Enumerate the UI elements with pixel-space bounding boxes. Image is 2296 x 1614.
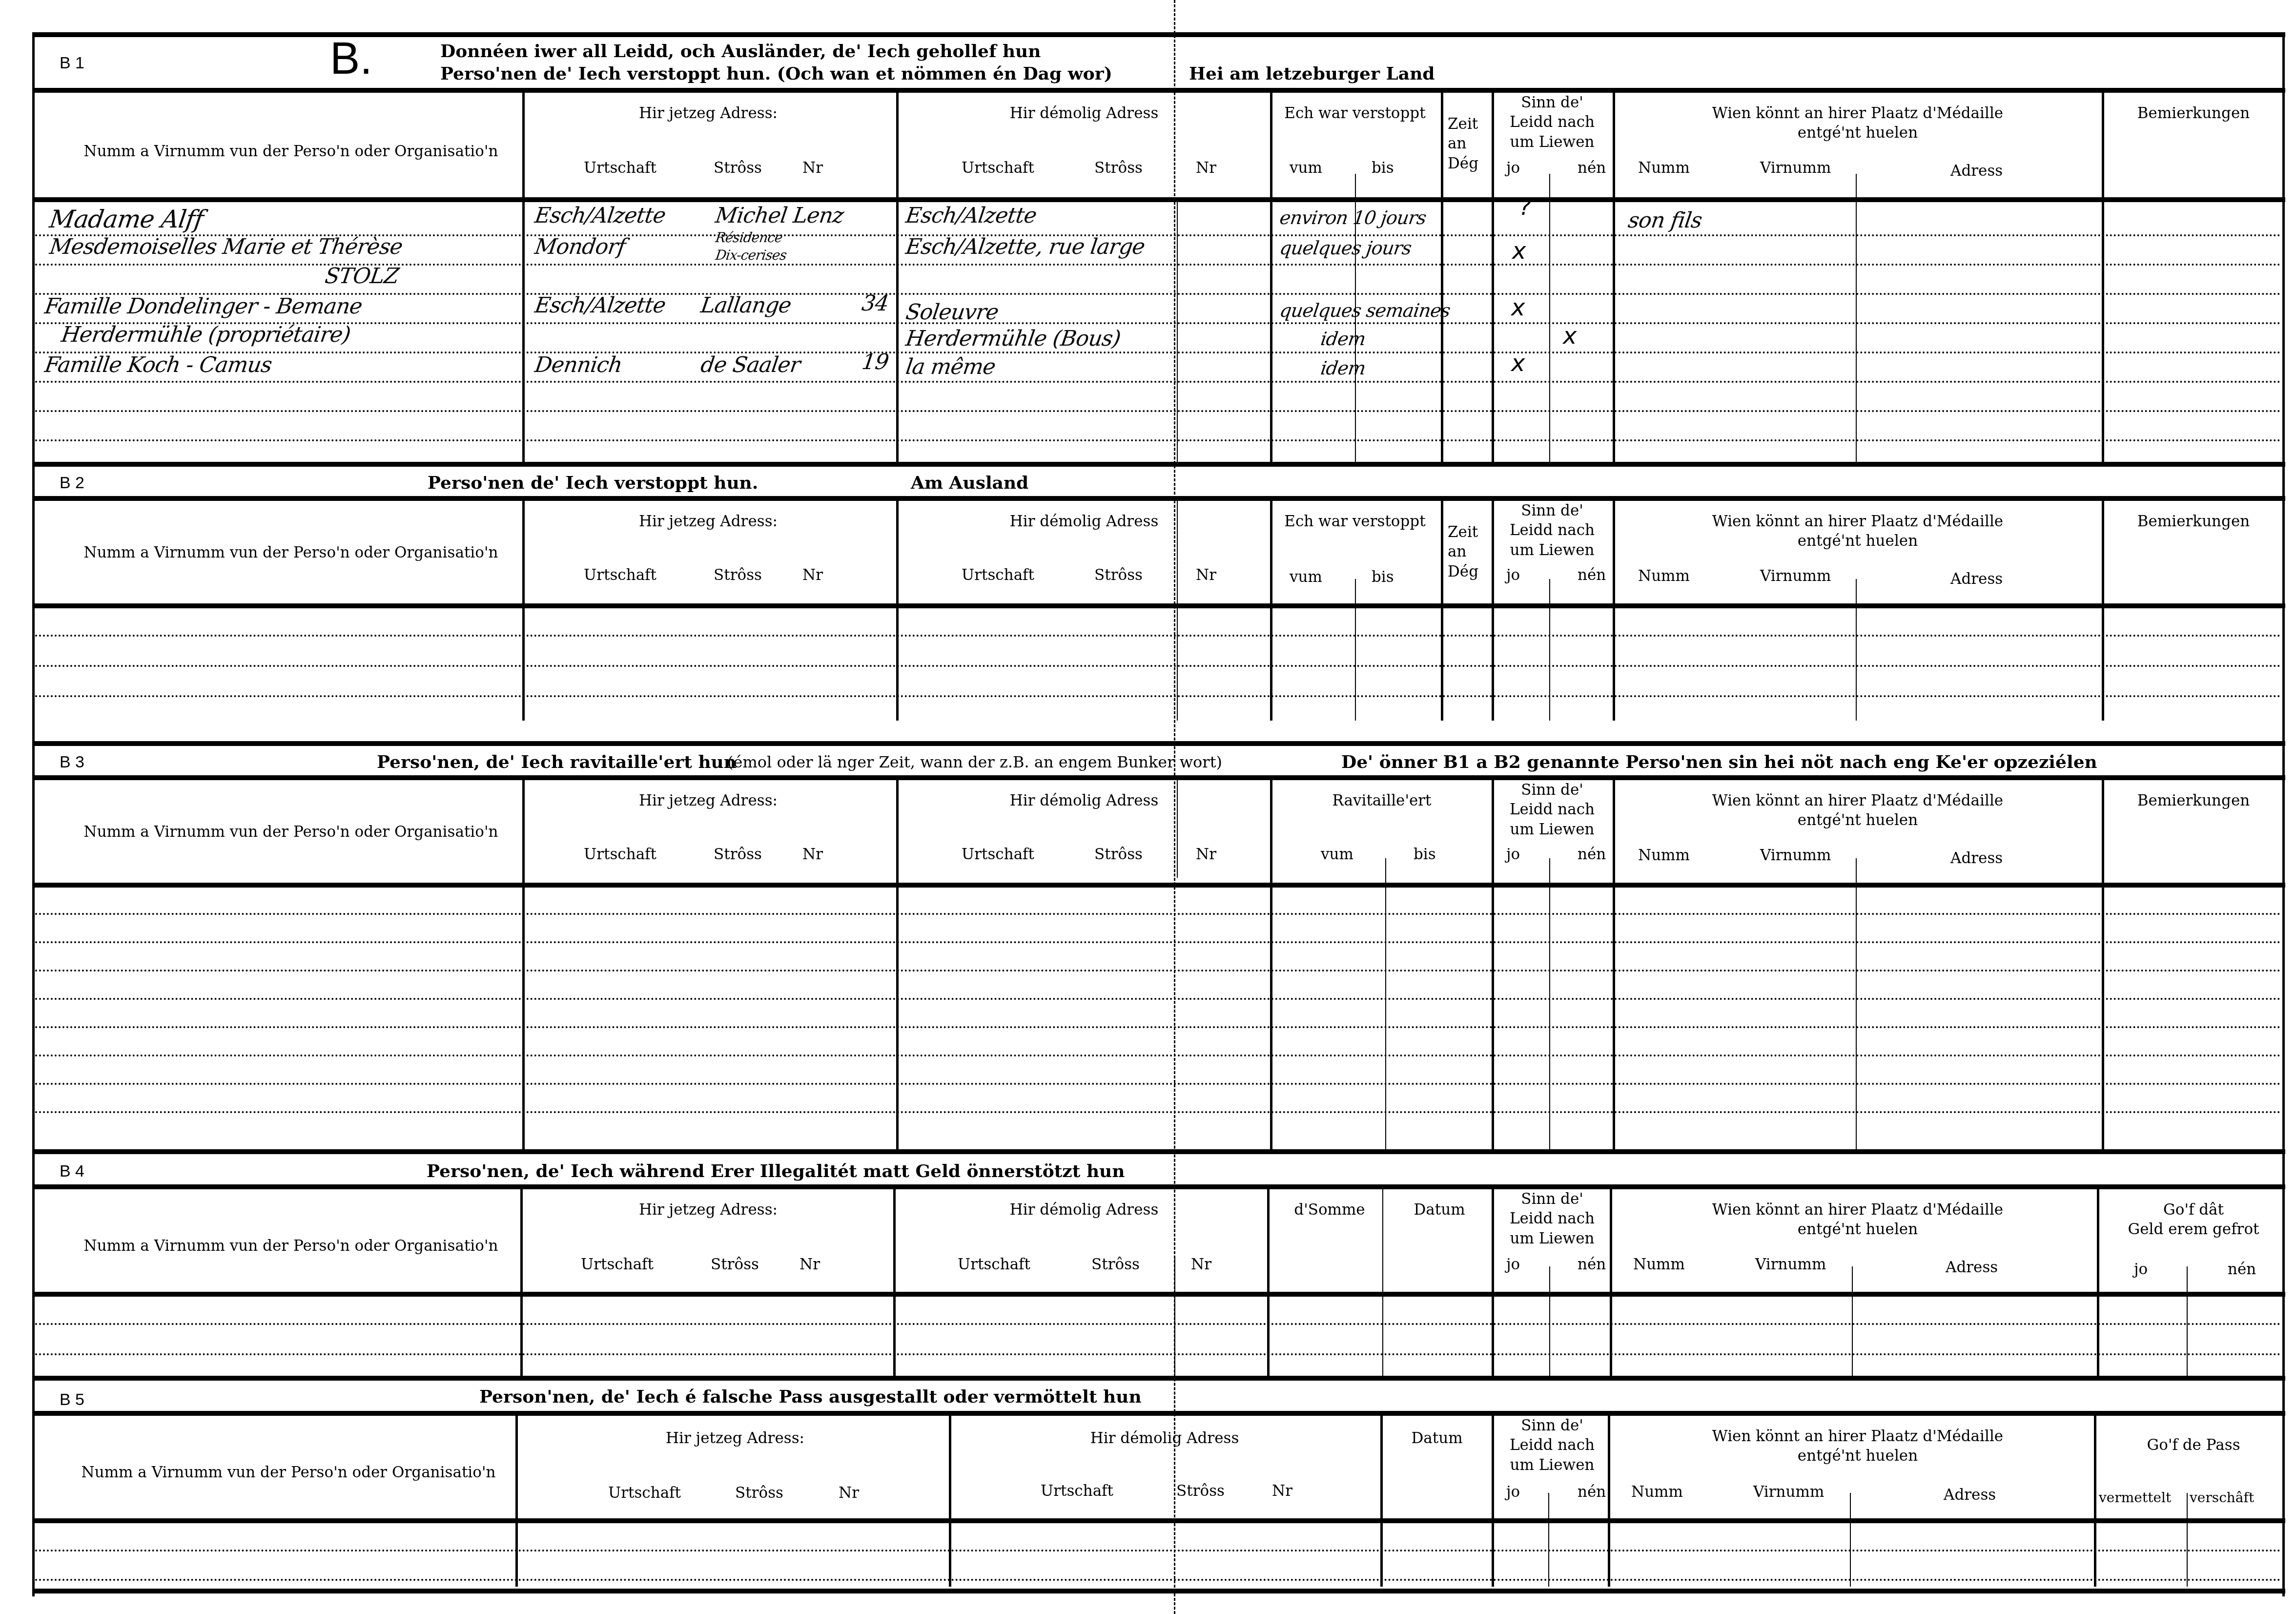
section-title-suffix: Am Ausland	[911, 473, 1028, 494]
header-number: Nr	[799, 1255, 820, 1274]
header-locality: Urtschaft	[962, 158, 1034, 178]
yes-mark: x	[1511, 294, 1525, 321]
section-b5-title-row: B 5 Person'nen, de' Iech é falsche Pass …	[32, 1381, 2285, 1410]
header-number: Nr	[839, 1483, 859, 1503]
yes-mark: x	[1511, 350, 1525, 377]
header-to: bis	[1372, 158, 1394, 178]
header-saved: Sinn de'Leidd nachum Liewen	[1494, 1416, 1611, 1475]
header-medal: Wien könnt an hirer Plaatz d'Médailleent…	[1614, 512, 2102, 551]
section-b2-title-row: B 2 Perso'nen de' Iech verstoppt hun. Am…	[32, 467, 2285, 496]
header-locality: Urtschaft	[608, 1483, 681, 1503]
section-b5: B 5 Person'nen, de' Iech é falsche Pass …	[32, 1376, 2285, 1596]
section-title-parenthetical: (émol oder lä nger Zeit, wann der z.B. a…	[727, 753, 1222, 771]
entry-hidden-period: quelques jours	[1278, 237, 1413, 259]
saved-line3: um Liewen	[1510, 1456, 1595, 1474]
section-title-line2: Perso'nen de' Iech verstoppt hun. (Och w…	[440, 63, 1112, 84]
header-number: Nr	[1196, 845, 1216, 864]
section-b1-title-row: B 1 B. Donnéen iwer all Leidd, och Auslä…	[32, 37, 2285, 86]
entry-hidden-period: quelques semaines	[1278, 300, 1452, 321]
time-days-line1: Zeit	[1448, 115, 1478, 133]
header-locality: Urtschaft	[962, 565, 1034, 585]
header-number: Nr	[802, 845, 823, 864]
entry-current-locality: Dennich	[533, 352, 623, 377]
section-code: B 3	[60, 753, 84, 772]
header-medal: Wien könnt an hirer Plaatz d'Médailleent…	[1614, 791, 2102, 830]
question-mark: ?	[1519, 193, 1531, 221]
no-mark: x	[1563, 322, 1577, 350]
header-hidden: Ech war verstoppt	[1272, 512, 1438, 531]
header-no: nén	[1578, 1255, 1606, 1274]
header-saved: Sinn de'Leidd nachum Liewen	[1494, 1189, 1611, 1248]
entry-former-locality: Soleuvre	[904, 300, 1000, 325]
header-address: Adress	[1946, 1258, 1998, 1277]
medal-line2: entgé'nt huelen	[1798, 1221, 1918, 1238]
header-firstname: Virnumm	[1753, 1482, 1824, 1502]
header-remarks: Bemierkungen	[2102, 791, 2285, 810]
header-number: Nr	[1196, 565, 1216, 585]
header-current-address: Hir jetzeg Adress:	[520, 1200, 896, 1220]
header-street: Strôss	[1176, 1481, 1225, 1501]
saved-line1: Sinn de'	[1521, 502, 1583, 519]
scanned-form-page: B 1 B. Donnéen iwer all Leidd, och Auslä…	[0, 0, 2296, 1614]
header-street: Strôss	[1091, 1255, 1140, 1274]
header-saved: Sinn de'Leidd nachum Liewen	[1494, 93, 1611, 152]
header-surname: Numm	[1631, 1482, 1683, 1502]
saved-line2: Leidd nach	[1510, 801, 1595, 818]
header-to: bis	[1414, 845, 1436, 864]
entry-current-street: Résidence	[715, 229, 783, 246]
entry-current-street: de Saaler	[699, 352, 801, 377]
entry-hidden-period: environ 10 jours	[1278, 207, 1428, 228]
section-title: Perso'nen, de' Iech während Erer Illegal…	[427, 1161, 1125, 1182]
header-medal: Wien könnt an hirer Plaatz d'Médailleent…	[1614, 1200, 2102, 1240]
section-title: Perso'nen, de' Iech ravitaille'ert hun	[377, 752, 737, 773]
header-locality: Urtschaft	[584, 565, 656, 585]
header-from: vum	[1321, 845, 1353, 864]
header-number: Nr	[1272, 1481, 1292, 1501]
saved-line3: um Liewen	[1510, 541, 1595, 559]
header-address: Adress	[1950, 848, 2003, 868]
header-no: nén	[1578, 1482, 1606, 1502]
header-yes: jo	[1506, 565, 1520, 585]
medal-line2: entgé'nt huelen	[1798, 532, 1918, 550]
section-b4: B 4 Perso'nen, de' Iech während Erer Ill…	[32, 1149, 2285, 1379]
section-code: B 1	[60, 54, 84, 73]
header-current-address: Hir jetzeg Adress:	[520, 103, 896, 123]
header-supplied: Ravitaille'ert	[1272, 791, 1492, 810]
header-street: Strôss	[711, 1255, 759, 1274]
entry-name: Famille Koch - Camus	[43, 352, 273, 377]
header-street: Strôss	[714, 565, 762, 585]
header-no: nén	[1578, 158, 1606, 178]
entry-name: Madame Alff	[48, 205, 205, 233]
header-current-address: Hir jetzeg Adress:	[520, 791, 896, 810]
section-code: B 4	[60, 1162, 84, 1181]
header-locality: Urtschaft	[584, 158, 656, 178]
entry-name: Mesdemoiselles Marie et Thérèse	[48, 234, 404, 259]
entry-current-locality: Esch/Alzette	[533, 293, 667, 318]
header-current-address: Hir jetzeg Adress:	[520, 1428, 950, 1448]
header-yes: jo	[1506, 845, 1520, 864]
header-no: nén	[1578, 845, 1606, 864]
time-days-line2: an	[1448, 135, 1466, 152]
header-money-asked: Go'f dâtGeld erem gefrot	[2102, 1200, 2285, 1240]
saved-line2: Leidd nach	[1510, 1436, 1595, 1454]
header-remarks: Bemierkungen	[2102, 512, 2285, 531]
header-yes: jo	[1506, 158, 1520, 178]
saved-line2: Leidd nach	[1510, 521, 1595, 539]
entry-name: Famille Dondelinger - Bemane	[43, 294, 363, 319]
header-no: nén	[1578, 565, 1606, 585]
entry-name-continued: STOLZ	[323, 264, 400, 289]
column-header-row: Numm a Virnumm vun der Perso'n oder Orga…	[32, 1416, 2285, 1513]
left-border	[32, 32, 35, 1596]
header-yes: jo	[2134, 1260, 2148, 1279]
entry-current-number: 19	[860, 350, 890, 374]
header-locality: Urtschaft	[962, 845, 1034, 864]
header-locality: Urtschaft	[958, 1255, 1030, 1274]
medal-line1: Wien könnt an hirer Plaatz d'Médaille	[1712, 1201, 2003, 1219]
entry-current-street-line2: Dix-cerises	[715, 247, 788, 263]
header-name: Numm a Virnumm vun der Perso'n oder Orga…	[57, 1463, 520, 1482]
saved-line1: Sinn de'	[1521, 1190, 1583, 1208]
section-title: Person'nen, de' Iech é falsche Pass ausg…	[479, 1386, 1142, 1407]
saved-line3: um Liewen	[1510, 133, 1595, 151]
saved-line3: um Liewen	[1510, 821, 1595, 838]
header-firstname: Virnumm	[1760, 158, 1831, 178]
header-medal: Wien könnt an hirer Plaatz d'Médailleent…	[1614, 103, 2102, 143]
saved-line1: Sinn de'	[1521, 94, 1583, 111]
medal-line1: Wien könnt an hirer Plaatz d'Médaille	[1712, 513, 2003, 530]
header-name: Numm a Virnumm vun der Perso'n oder Orga…	[57, 822, 525, 842]
header-date: Datum	[1387, 1200, 1492, 1220]
time-days-line3: Dég	[1448, 155, 1478, 172]
section-b3-title-row: B 3 Perso'nen, de' Iech ravitaille'ert h…	[32, 746, 2285, 775]
header-surname: Numm	[1638, 566, 1690, 586]
header-remarks: Bemierkungen	[2102, 103, 2285, 123]
header-firstname: Virnumm	[1755, 1255, 1826, 1274]
time-days-line3: Dég	[1448, 563, 1478, 580]
header-current-address: Hir jetzeg Adress:	[520, 512, 896, 531]
header-firstname: Virnumm	[1760, 566, 1831, 586]
header-time-days: ZeitanDég	[1448, 114, 1478, 173]
header-street: Strôss	[714, 158, 762, 178]
entry-current-locality: Esch/Alzette	[533, 203, 667, 228]
column-header-row: Numm a Virnumm vun der Perso'n oder Orga…	[32, 1189, 2285, 1287]
header-from: vum	[1290, 158, 1322, 178]
header-number: Nr	[1196, 158, 1216, 178]
money-line1: Go'f dât	[2163, 1201, 2224, 1219]
column-header-row: Numm a Virnumm vun der Perso'n oder Orga…	[32, 93, 2285, 197]
header-number: Nr	[1191, 1255, 1211, 1274]
medal-line2: entgé'nt huelen	[1798, 811, 1918, 829]
saved-line2: Leidd nach	[1510, 113, 1595, 131]
entry-current-street: Lallange	[699, 293, 793, 318]
header-mediated: vermettelt	[2099, 1489, 2171, 1507]
section-b4-title-row: B 4 Perso'nen, de' Iech während Erer Ill…	[32, 1154, 2285, 1183]
header-yes: jo	[1506, 1482, 1520, 1502]
header-saved: Sinn de'Leidd nachum Liewen	[1494, 501, 1611, 560]
entry-current-street: Michel Lenz	[714, 203, 845, 228]
section-b1: B 1 B. Donnéen iwer all Leidd, och Auslä…	[32, 32, 2285, 462]
header-from: vum	[1290, 567, 1322, 587]
header-surname: Numm	[1638, 846, 1690, 865]
header-former-address: Hir démolig Adress	[950, 1428, 1379, 1448]
saved-line1: Sinn de'	[1521, 1417, 1583, 1434]
entry-name: Herdermühle (propriétaire)	[60, 322, 352, 347]
entry-former-locality: Esch/Alzette, rue large	[904, 234, 1146, 259]
header-no: nén	[2228, 1260, 2256, 1279]
section-title: Perso'nen de' Iech verstoppt hun.	[428, 473, 758, 494]
header-former-address: Hir démolig Adress	[896, 512, 1272, 531]
medal-line1: Wien könnt an hirer Plaatz d'Médaille	[1712, 104, 2003, 122]
header-street: Strôss	[1094, 565, 1143, 585]
header-number: Nr	[802, 158, 823, 178]
header-pass: Go'f de Pass	[2102, 1435, 2285, 1455]
medal-line1: Wien könnt an hirer Plaatz d'Médaille	[1712, 792, 2003, 809]
header-former-address: Hir démolig Adress	[896, 103, 1272, 123]
header-hidden: Ech war verstoppt	[1272, 103, 1438, 123]
saved-line1: Sinn de'	[1521, 781, 1583, 799]
medal-line1: Wien könnt an hirer Plaatz d'Médaille	[1712, 1428, 2003, 1445]
title-line2-text: Perso'nen de' Iech verstoppt hun. (Och w…	[440, 63, 1112, 84]
header-street: Strôss	[714, 845, 762, 864]
yes-mark: x	[1512, 237, 1526, 265]
header-former-address: Hir démolig Adress	[896, 1200, 1272, 1220]
money-line2: Geld erem gefrot	[2128, 1221, 2259, 1238]
form-letter: B.	[330, 36, 372, 81]
header-former-address: Hir démolig Adress	[896, 791, 1272, 810]
header-locality: Urtschaft	[1041, 1481, 1113, 1501]
time-days-line1: Zeit	[1448, 523, 1478, 541]
header-sum: d'Somme	[1272, 1200, 1387, 1220]
right-border	[2282, 32, 2285, 1596]
header-number: Nr	[802, 565, 823, 585]
entry-hidden-period: idem	[1319, 328, 1367, 350]
medal-line2: entgé'nt huelen	[1798, 124, 1918, 142]
entry-current-locality: Mondorf	[533, 234, 627, 259]
header-surname: Numm	[1633, 1255, 1685, 1274]
header-street: Strôss	[1094, 158, 1143, 178]
header-name: Numm a Virnumm vun der Perso'n oder Orga…	[57, 1236, 525, 1256]
header-locality: Urtschaft	[581, 1255, 654, 1274]
header-street: Strôss	[1094, 845, 1143, 864]
header-procured: verschâft	[2190, 1489, 2254, 1507]
entry-hidden-period: idem	[1319, 357, 1367, 379]
header-address: Adress	[1944, 1485, 1996, 1505]
saved-line2: Leidd nach	[1510, 1210, 1595, 1227]
section-code: B 5	[60, 1390, 84, 1409]
entry-former-locality: la même	[904, 354, 997, 379]
medal-line2: entgé'nt huelen	[1798, 1447, 1918, 1465]
entry-current-number: 34	[860, 291, 890, 316]
header-to: bis	[1372, 567, 1394, 587]
header-firstname: Virnumm	[1760, 846, 1831, 865]
section-code: B 2	[60, 474, 84, 493]
time-days-line2: an	[1448, 543, 1466, 560]
header-surname: Numm	[1638, 158, 1690, 178]
section-b2: B 2 Perso'nen de' Iech verstoppt hun. Am…	[32, 462, 2285, 745]
entry-former-locality: Herdermühle (Bous)	[904, 326, 1122, 351]
header-name: Numm a Virnumm vun der Perso'n oder Orga…	[57, 142, 525, 161]
header-street: Strôss	[735, 1483, 783, 1503]
header-name: Numm a Virnumm vun der Perso'n oder Orga…	[57, 543, 525, 562]
section-b3: B 3 Perso'nen, de' Iech ravitaille'ert h…	[32, 741, 2285, 1151]
header-date: Datum	[1382, 1428, 1492, 1448]
header-time-days: ZeitanDég	[1448, 522, 1478, 581]
header-address: Adress	[1950, 161, 2003, 181]
header-medal: Wien könnt an hirer Plaatz d'Médailleent…	[1614, 1427, 2102, 1466]
section-title-line1: Donnéen iwer all Leidd, och Ausländer, d…	[440, 41, 1041, 62]
column-header-row: Numm a Virnumm vun der Perso'n oder Orga…	[32, 780, 2285, 878]
saved-line3: um Liewen	[1510, 1230, 1595, 1247]
column-header-row: Numm a Virnumm vun der Perso'n oder Orga…	[32, 501, 2285, 599]
section-title-suffix: De' önner B1 a B2 genannte Perso'nen sin…	[1341, 752, 2097, 773]
entry-medal-name: son fils	[1626, 208, 1703, 233]
header-address: Adress	[1950, 569, 2003, 589]
header-locality: Urtschaft	[584, 845, 656, 864]
header-saved: Sinn de'Leidd nachum Liewen	[1494, 780, 1611, 839]
header-yes: jo	[1506, 1255, 1520, 1274]
section-title-suffix: Hei am letzeburger Land	[1189, 63, 1435, 84]
entry-former-locality: Esch/Alzette	[904, 203, 1038, 228]
